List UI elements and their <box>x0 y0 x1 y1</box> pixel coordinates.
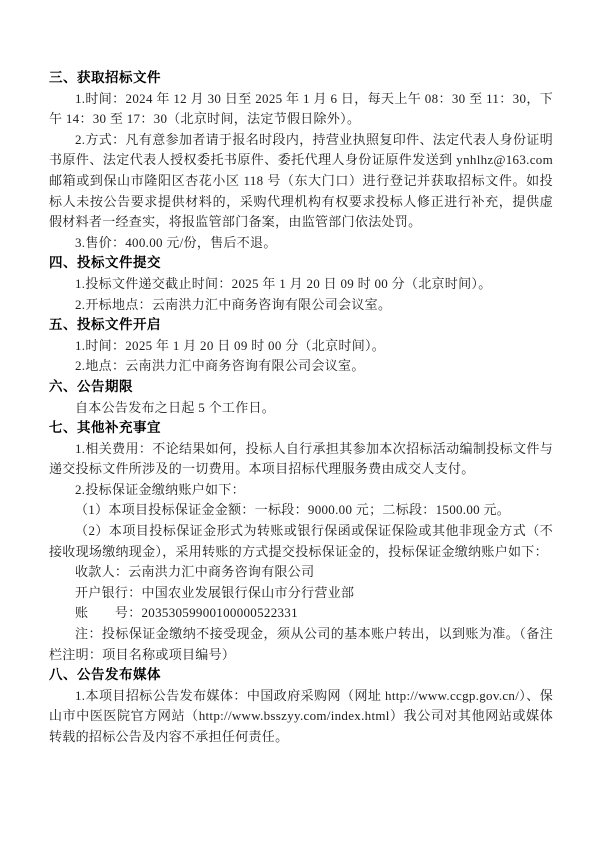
paragraph: 1.相关费用：不论结果如何，投标人自行承担其参加本次招标活动编制投标文件与递交投… <box>49 439 553 480</box>
section-heading: 三、获取招标文件 <box>49 68 553 89</box>
section-heading: 六、公告期限 <box>49 377 553 398</box>
paragraph: 开户银行：中国农业发展银行保山市分行营业部 <box>49 583 553 604</box>
section-heading: 八、公告发布媒体 <box>49 665 553 686</box>
paragraph: 1.时间：2025 年 1 月 20 日 09 时 00 分（北京时间）。 <box>49 336 553 357</box>
paragraph: 2.方式：凡有意参加者请于报名时段内，持营业执照复印件、法定代表人身份证明书原件… <box>49 130 553 233</box>
paragraph: 1.投标文件递交截止时间：2025 年 1 月 20 日 09 时 00 分（北… <box>49 274 553 295</box>
paragraph: 1.本项目招标公告发布媒体：中国政府采购网（网址 http://www.ccgp… <box>49 686 553 748</box>
paragraph: 2.地点：云南洪力汇中商务咨询有限公司会议室。 <box>49 356 553 377</box>
paragraph: （2）本项目投标保证金形式为转账或银行保函或保证保险或其他非现金方式（不接收现场… <box>49 521 553 562</box>
document-page: 三、获取招标文件1.时间：2024 年 12 月 30 日至 2025 年 1 … <box>0 0 600 849</box>
paragraph: 收款人：云南洪力汇中商务咨询有限公司 <box>49 562 553 583</box>
document-body: 三、获取招标文件1.时间：2024 年 12 月 30 日至 2025 年 1 … <box>49 68 553 748</box>
section-heading: 四、投标文件提交 <box>49 253 553 274</box>
paragraph: 2.投标保证金缴纳账户如下： <box>49 480 553 501</box>
paragraph: 1.时间：2024 年 12 月 30 日至 2025 年 1 月 6 日，每天… <box>49 89 553 130</box>
paragraph: 注：投标保证金缴纳不接受现金，须从公司的基本账户转出，以到账为准。（备注栏注明：… <box>49 624 553 665</box>
paragraph: 3.售价：400.00 元/份，售后不退。 <box>49 233 553 254</box>
section-heading: 七、其他补充事宜 <box>49 418 553 439</box>
paragraph: 账 号：20353059900100000522331 <box>49 603 553 624</box>
paragraph: 2.开标地点：云南洪力汇中商务咨询有限公司会议室。 <box>49 295 553 316</box>
paragraph: （1）本项目投标保证金金额：一标段：9000.00 元；二标段：1500.00 … <box>49 500 553 521</box>
section-heading: 五、投标文件开启 <box>49 315 553 336</box>
paragraph: 自本公告发布之日起 5 个工作日。 <box>49 398 553 419</box>
